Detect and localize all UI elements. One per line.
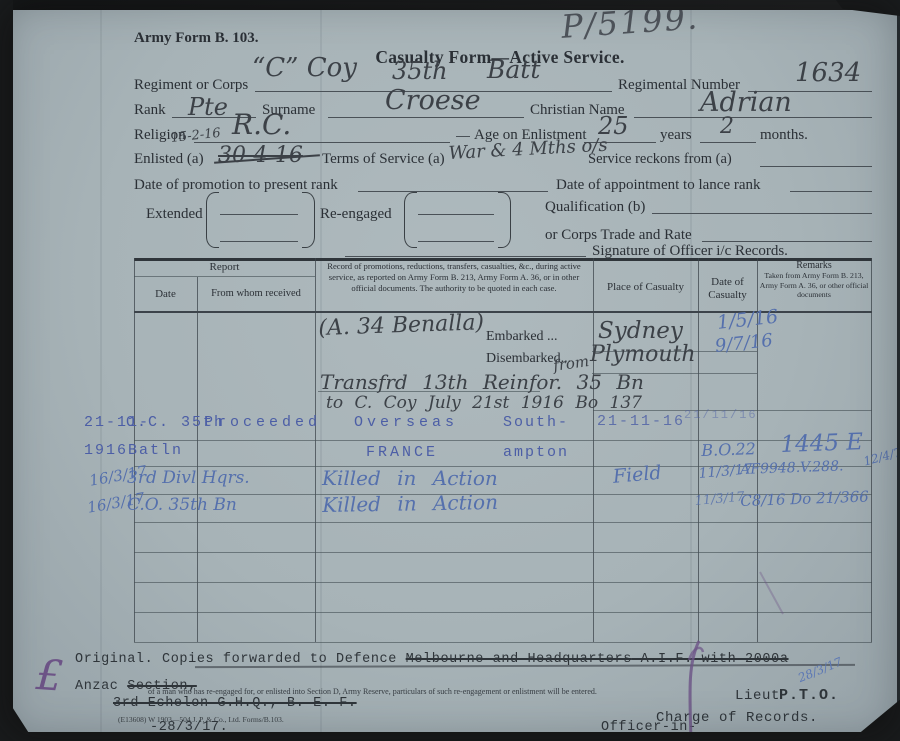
photo-border-top <box>0 0 900 10</box>
pen-strokes-overlay <box>0 0 900 741</box>
casualty-form-document: Army Form B. 103. P/5199. Casualty Form—… <box>0 0 900 741</box>
photo-border-left <box>0 0 13 741</box>
photo-border-bottom <box>0 732 900 741</box>
